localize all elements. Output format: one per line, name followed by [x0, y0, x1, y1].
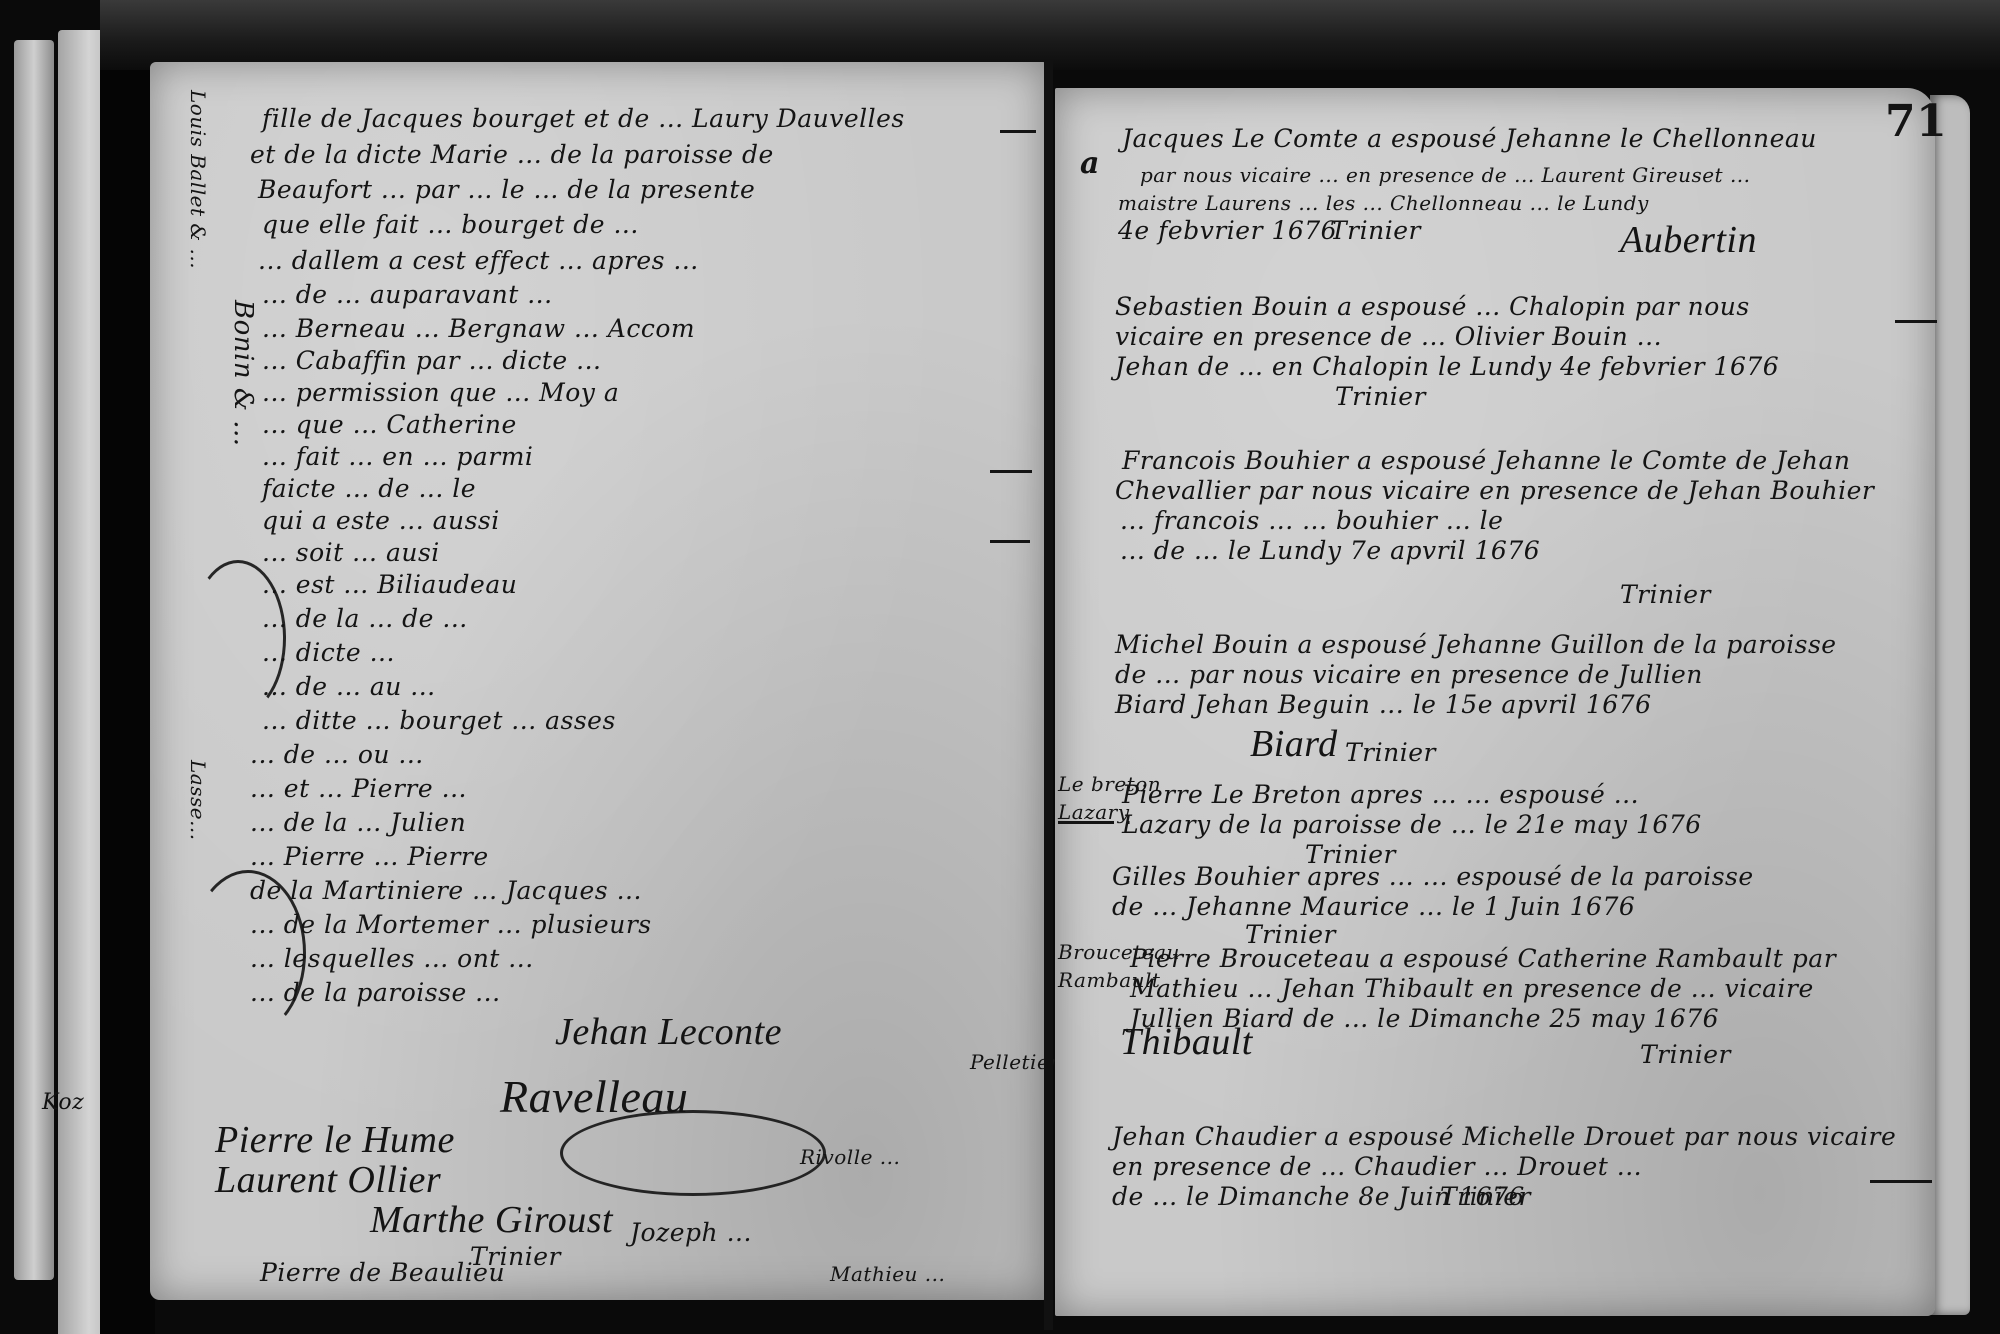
signature: Pierre le Hume	[215, 1118, 455, 1162]
signature: Laurent Ollier	[215, 1158, 441, 1202]
entry-line: Jehan de ... en Chalopin le Lundy 4e feb…	[1115, 352, 1779, 382]
entry-line: ... francois ... ... bouhier ... le	[1120, 506, 1503, 536]
text-line: ... est ... Biliaudeau	[262, 570, 517, 600]
text-line: fille de Jacques bourget et de ... Laury…	[262, 104, 905, 134]
text-line: ... lesquelles ... ont ...	[250, 944, 534, 974]
text-line: ... de la paroisse ...	[250, 978, 501, 1008]
entry-line: Sebastien Bouin a espousé ... Chalopin p…	[1115, 292, 1750, 322]
signature: Pierre de Beaulieu	[260, 1258, 505, 1288]
text-line: ... de ... au ...	[262, 672, 436, 702]
text-line: ... Pierre ... Pierre	[250, 842, 489, 872]
signature: Trinier	[1345, 738, 1436, 768]
text-line: que elle fait ... bourget de ...	[262, 210, 639, 240]
signature: Trinier	[470, 1242, 561, 1272]
text-line: ... ditte ... bourget ... asses	[262, 706, 616, 736]
entry-line: Pierre Le Breton apres ... ... espousé .…	[1122, 780, 1639, 810]
text-line: ... de la ... Julien	[250, 808, 466, 838]
signature: Marthe Giroust	[370, 1198, 613, 1242]
text-line: ... de ... auparavant ...	[262, 280, 553, 310]
text-line: ... de la ... de ...	[262, 604, 468, 634]
entry-line: 4e febvrier 1676	[1118, 216, 1337, 246]
text-line: ... Cabaffin par ... dicte ...	[262, 346, 602, 376]
signature: Trinier	[1640, 1040, 1731, 1070]
margin-rule	[1870, 1180, 1932, 1183]
margin-note: Lazary	[1058, 800, 1130, 824]
text-line: ... fait ... en ... parmi	[262, 442, 533, 472]
right-page-underlayer	[1930, 95, 1970, 1315]
text-line: ... et ... Pierre ...	[250, 774, 467, 804]
background-edge-note: Koz	[42, 1090, 84, 1115]
signature: Jehan Leconte	[555, 1010, 782, 1054]
entry-line: de ... Jehanne Maurice ... le 1 Juin 167…	[1112, 892, 1635, 922]
text-line: Beaufort ... par ... le ... de la presen…	[258, 175, 755, 205]
entry-line: Pierre Brouceteau a espousé Catherine Ra…	[1130, 944, 1836, 974]
left-margin-note: Bonin & ...	[228, 300, 258, 447]
signature: Trinier	[1330, 216, 1421, 246]
signature: Trinier	[1620, 580, 1711, 610]
text-line: ... de ... ou ...	[250, 740, 424, 770]
signature: Trinier	[1440, 1182, 1531, 1212]
signature: Mathieu ...	[830, 1262, 945, 1286]
entry-line: de ... par nous vicaire en presence de J…	[1115, 660, 1703, 690]
entry-line: Francois Bouhier a espousé Jehanne le Co…	[1122, 446, 1851, 476]
text-line: ... Berneau ... Bergnaw ... Accom	[262, 314, 695, 344]
text-line: qui a este ... aussi	[262, 506, 500, 536]
margin-rule	[1895, 320, 1937, 323]
text-line: ... dicte ...	[262, 638, 395, 668]
text-line: et de la dicte Marie ... de la paroisse …	[250, 140, 774, 170]
folio-number: 71	[1885, 96, 1947, 147]
text-line: ... de la Mortemer ... plusieurs	[250, 910, 652, 940]
text-line: ... permission que ... Moy a	[262, 378, 619, 408]
entry-line: Michel Bouin a espousé Jehanne Guillon d…	[1115, 630, 1837, 660]
entry-line: maistre Laurens ... les ... Chellonneau …	[1118, 188, 1649, 218]
entry-line: Chevallier par nous vicaire en presence …	[1115, 476, 1874, 506]
text-line: de la Martiniere ... Jacques ...	[250, 876, 642, 906]
text-line: ... soit ... ausi	[262, 538, 440, 568]
line-filler-stroke	[990, 470, 1032, 473]
book-gutter	[1044, 60, 1053, 1330]
entry-line: Lazary de la paroisse de ... le 21e may …	[1122, 810, 1702, 840]
entry-line: Gilles Bouhier apres ... ... espousé de …	[1112, 862, 1754, 892]
margin-letter: a	[1080, 146, 1100, 181]
entry-line: par nous vicaire ... en presence de ... …	[1140, 160, 1751, 190]
signature-flourish	[560, 1110, 826, 1196]
binding-shadow	[100, 30, 155, 1334]
left-margin-note: Lasse...	[186, 760, 210, 841]
signature: Biard	[1250, 722, 1338, 766]
entry-line: Biard Jehan Beguin ... le 15e apvril 167…	[1115, 690, 1651, 720]
signature: Jozeph ...	[630, 1218, 752, 1248]
entry-line: en presence de ... Chaudier ... Drouet .…	[1112, 1152, 1642, 1182]
entry-line: Jehan Chaudier a espousé Michelle Drouet…	[1112, 1122, 1896, 1152]
signature: Trinier	[1335, 382, 1426, 412]
entry-line: Jacques Le Comte a espousé Jehanne le Ch…	[1122, 124, 1817, 154]
entry-line: vicaire en presence de ... Olivier Bouin…	[1115, 322, 1662, 352]
entry-line: Mathieu ... Jehan Thibault en presence d…	[1130, 974, 1814, 1004]
entry-line: ... de ... le Lundy 7e apvril 1676	[1120, 536, 1540, 566]
signature: Thibault	[1120, 1020, 1253, 1064]
line-filler-stroke	[990, 540, 1030, 543]
text-line: ... dallem a cest effect ... apres ...	[258, 246, 699, 276]
left-margin-note: Louis Ballet & ...	[186, 90, 210, 269]
text-line: ... que ... Catherine	[262, 410, 517, 440]
line-filler-stroke	[1000, 130, 1036, 133]
text-line: faicte ... de ... le	[262, 474, 476, 504]
signature: Aubertin	[1620, 218, 1757, 262]
